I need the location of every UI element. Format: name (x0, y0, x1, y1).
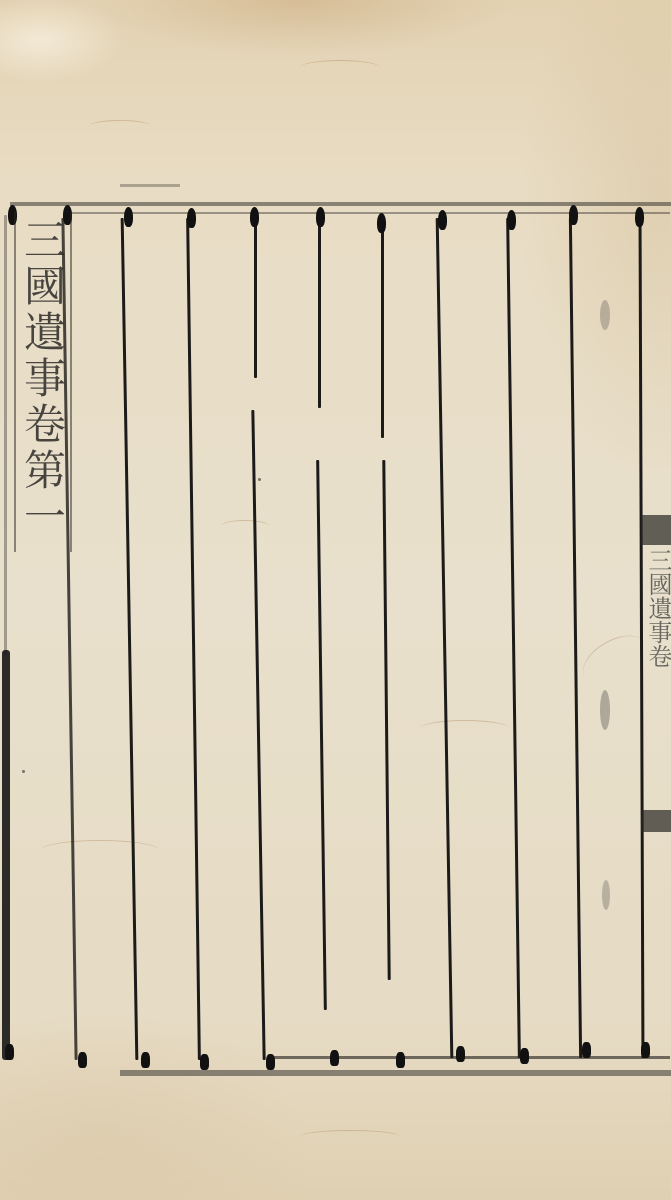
top-notch (377, 213, 386, 233)
ink-speck (22, 770, 25, 773)
top-notch (635, 207, 644, 227)
top-notch (124, 207, 133, 227)
top-notch (438, 210, 447, 230)
top-stray-rule (120, 184, 180, 187)
paper-fiber (220, 520, 270, 533)
bottom-notch (266, 1054, 275, 1070)
ink-smudge (600, 300, 610, 330)
top-notch (250, 207, 259, 227)
paper-fiber (90, 120, 150, 131)
top-notch (187, 208, 196, 228)
bottom-notch (396, 1052, 405, 1068)
paper-fiber (300, 60, 380, 75)
top-notch (507, 210, 516, 230)
ink-speck (258, 478, 261, 481)
right-edge-ink-block (641, 810, 671, 832)
paper-background (0, 0, 671, 1200)
left-border-line (2, 650, 10, 1060)
volume-title: 三國遺事卷第一 (18, 218, 66, 540)
column-line (381, 218, 384, 438)
top-notch (569, 205, 578, 225)
ink-smudge (602, 880, 610, 910)
bottom-notch (330, 1050, 339, 1066)
left-faint-border (4, 215, 7, 655)
bottom-notch (582, 1042, 591, 1058)
bottom-notch (520, 1048, 529, 1064)
paper-fiber (420, 720, 510, 737)
bottom-notch (141, 1052, 150, 1068)
bottom-notch (200, 1054, 209, 1070)
right-edge-text: 三國遺事卷 (645, 548, 671, 808)
bottom-notch (5, 1044, 14, 1060)
bottom-frame-rule (120, 1070, 671, 1076)
column-line (254, 218, 257, 378)
column-line (318, 218, 321, 408)
ink-smudge (600, 690, 610, 730)
paper-fiber (300, 1130, 400, 1143)
right-edge-ink-block (641, 515, 671, 545)
bottom-notch (456, 1046, 465, 1062)
paper-fiber (40, 840, 160, 861)
bottom-notch (78, 1052, 87, 1068)
top-inner-rule (70, 212, 670, 214)
top-notch (316, 207, 325, 227)
bottom-notch (641, 1042, 650, 1058)
